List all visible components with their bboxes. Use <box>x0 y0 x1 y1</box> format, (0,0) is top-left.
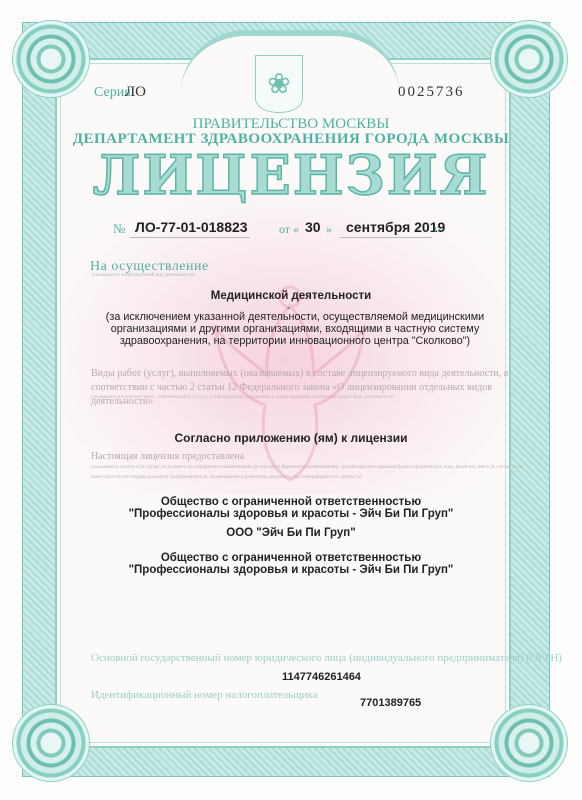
licensee-brand-name-line2: "Профессионалы здоровья и красоты - Эйч … <box>0 564 582 577</box>
inn-label: Идентификационный номер налогоплательщик… <box>91 689 318 701</box>
date-underline <box>340 237 432 238</box>
activity-label-caption: (указывается лицензируемый вид деятельно… <box>92 273 195 278</box>
quote-close: » <box>326 222 332 237</box>
licensee-full-name-line2: "Профессионалы здоровья и красоты - Эйч … <box>0 508 582 521</box>
licensee-caption: (указывается полное и (в случае, если им… <box>91 463 523 483</box>
licensee-label: Настоящая лицензия предоставлена <box>91 451 523 463</box>
coat-of-arms-icon: ❀ <box>255 55 303 113</box>
corner-rosette-bottom-left <box>12 704 90 782</box>
ogrn-label: Основной государственный номер юридическ… <box>91 652 562 664</box>
corner-rosette-bottom-right <box>490 704 568 782</box>
date-from-label: от « <box>279 222 299 237</box>
work-types-caption: (указываются в соответствии с перечнем р… <box>91 395 523 400</box>
activity-note: (за исключением указанной деятельности, … <box>70 311 520 347</box>
document-title: ЛИЦЕНЗИЯ <box>0 143 582 207</box>
year-suffix: г. <box>434 223 440 235</box>
corner-rosette-top-right <box>490 20 568 98</box>
series-value: ЛО <box>125 84 146 101</box>
license-number: ЛО-77-01-018823 <box>135 219 248 235</box>
work-types-value: Согласно приложению (ям) к лицензии <box>0 431 582 445</box>
work-types-label: Виды работ (услуг), выполняемых (оказыва… <box>91 367 523 409</box>
inn-value: 7701389765 <box>360 697 421 709</box>
licensee-short-name: ООО "Эйч Би Пи Груп" <box>0 527 582 539</box>
license-day: 30 <box>305 219 321 235</box>
ogrn-value: 1147746261464 <box>282 671 361 683</box>
corner-rosette-top-left <box>12 20 90 98</box>
activity-name: Медицинской деятельности <box>0 290 582 302</box>
serial-number: 0025736 <box>398 84 465 101</box>
license-month-year: сентября 2019 <box>346 219 445 235</box>
license-number-label: № <box>113 221 125 237</box>
number-underline <box>130 237 250 238</box>
